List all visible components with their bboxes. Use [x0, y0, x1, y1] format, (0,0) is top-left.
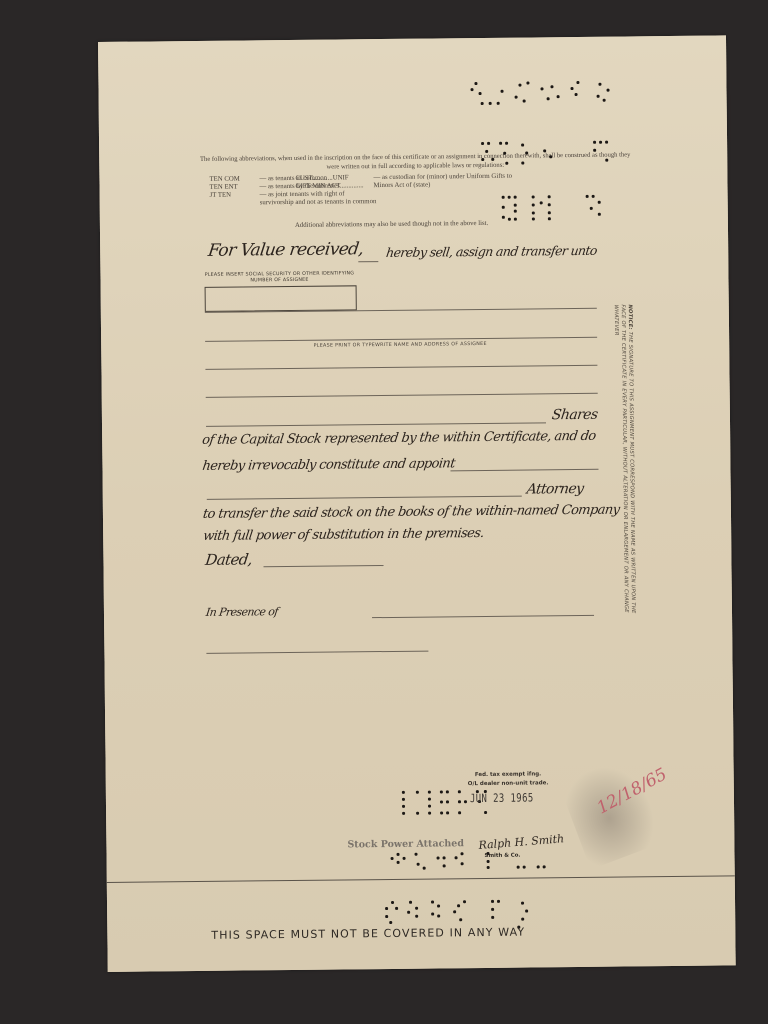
abbr-right-keys: CUST............UNIF GIFT MIN ACT.......…	[295, 174, 373, 191]
notice-text: THE SIGNATURE TO THIS ASSIGNMENT MUST CO…	[613, 304, 636, 613]
abbr-gift: GIFT MIN ACT..............	[295, 182, 373, 191]
abbr-key: JT TEN	[210, 191, 260, 208]
assignee-line-3[interactable]	[205, 365, 597, 370]
abbr-value: — as joint tenants with right of survivo…	[260, 190, 380, 207]
date-stamp: JUN 23 1965	[470, 790, 534, 805]
hereby-appoint-line: hereby irrevocably constitute and appoin…	[201, 456, 455, 474]
abbreviations-right: CUST............UNIF GIFT MIN ACT.......…	[295, 172, 535, 191]
stock-certificate-back: The following abbreviations, when used i…	[98, 35, 736, 972]
witness-line[interactable]	[206, 651, 428, 654]
assignee-line-4[interactable]	[206, 393, 598, 398]
appoint-line[interactable]	[451, 469, 599, 472]
dated-line[interactable]	[263, 565, 383, 567]
signature-line[interactable]	[372, 615, 594, 618]
handwritten-signature: Ralph H. Smith	[478, 832, 565, 852]
bottom-divider	[107, 875, 735, 883]
hereby-sell-text: hereby sell, assign and transfer unto	[385, 243, 598, 260]
abbr-right-row: CUST............UNIF GIFT MIN ACT.......…	[295, 172, 535, 191]
attorney-word: Attorney	[526, 481, 585, 498]
abbr-right-desc: — as custodian for (minor) under Uniform…	[373, 173, 523, 191]
notice-label: NOTICE:	[627, 304, 633, 329]
signature-notice: NOTICE: THE SIGNATURE TO THIS ASSIGNMENT…	[599, 304, 636, 624]
dated-label: Dated,	[204, 550, 253, 569]
fed-tax-stamp: Fed. tax exempt ifng. O/L dealer non-uni…	[468, 770, 549, 789]
stock-power-attached-stamp: Stock Power Attached	[347, 838, 464, 850]
capital-stock-line: of the Capital Stock represented by the …	[201, 429, 596, 448]
signer-company: Smith & Co.	[485, 853, 521, 859]
shares-word: Shares	[551, 407, 599, 423]
transfer-line: to transfer the said stock on the books …	[202, 503, 620, 522]
abbr-row: JT TEN — as joint tenants with right of …	[210, 190, 380, 208]
abbreviations-intro: The following abbreviations, when used i…	[199, 150, 631, 173]
print-name-label: PLEASE PRINT OR TYPEWRITE NAME AND ADDRE…	[205, 341, 595, 350]
in-presence-of-label: In Presence of	[205, 605, 278, 619]
shares-line[interactable]	[206, 422, 546, 427]
attorney-line[interactable]	[207, 496, 522, 500]
space-warning: THIS SPACE MUST NOT BE COVERED IN ANY WA…	[211, 926, 525, 942]
for-value-line	[358, 261, 378, 262]
fed-tax-line-2: O/L dealer non-unit trade.	[468, 779, 549, 789]
ssn-label: PLEASE INSERT SOCIAL SECURITY OR OTHER I…	[204, 271, 354, 285]
abbreviations-additional: Additional abbreviations may also be use…	[295, 220, 488, 229]
for-value-received: For Value received,	[207, 239, 365, 261]
full-power-line: with full power of substitution in the p…	[202, 526, 485, 544]
ssn-input-box[interactable]	[205, 285, 357, 312]
